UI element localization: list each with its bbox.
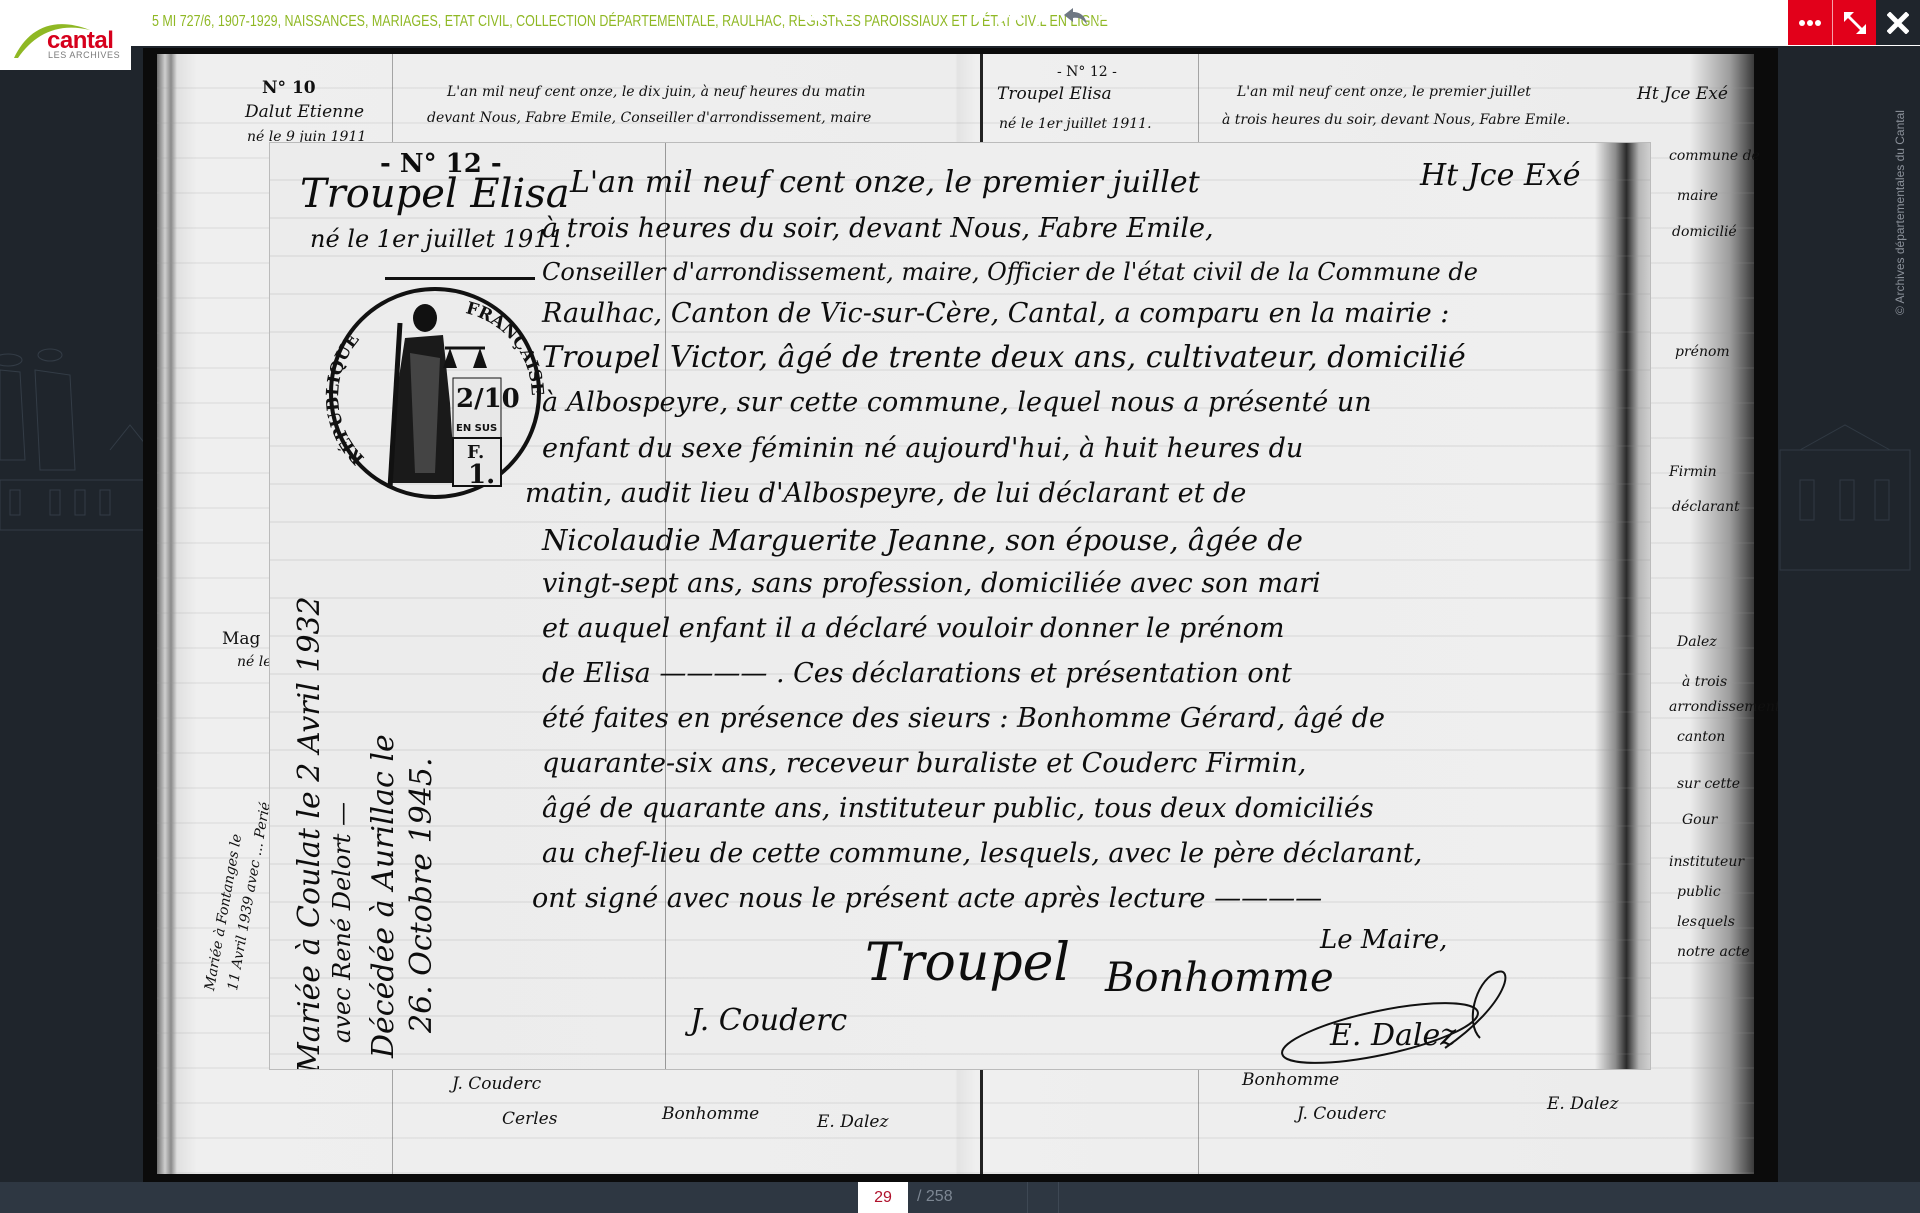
next-page-button[interactable] — [970, 0, 990, 31]
right-entry-text-line1: L'an mil neuf cent onze, le premier juil… — [1237, 84, 1531, 100]
header-bar: 5 MI 727/6, 1907-1929, NAISSANCES, MARIA… — [0, 0, 1920, 46]
mayor-flourish-icon — [1270, 963, 1530, 1069]
right-margin-word: Gour — [1682, 812, 1717, 828]
right-margin-word: prénom — [1675, 344, 1730, 360]
right-margin-word: public — [1677, 884, 1721, 900]
margin-note-marriage: Mariée à Coulat le 2 Avril 1932 — [292, 596, 327, 1069]
close-button[interactable] — [1876, 0, 1920, 45]
act-line-5: Troupel Victor, âgé de trente deux ans, … — [542, 340, 1466, 375]
toolbar-separator — [1027, 1182, 1028, 1213]
act-line-1: L'an mil neuf cent onze, le premier juil… — [570, 165, 1200, 200]
right-margin-word: Firmin — [1669, 464, 1717, 480]
right-margin-word: lesquels — [1677, 914, 1735, 930]
redo-arrow-icon — [1096, 6, 1120, 26]
signature-witness-2: J. Couderc — [690, 1003, 847, 1038]
current-page-input[interactable] — [858, 1182, 908, 1213]
bottom-signature-left: Bonhomme — [662, 1104, 759, 1124]
act-line-13: été faites en présence des sieurs : Bonh… — [542, 703, 1385, 734]
fullscreen-button[interactable] — [1832, 0, 1876, 45]
right-entry-born: né le 1er juillet 1911. — [999, 116, 1152, 132]
entry-birth-date: né le 1er juillet 1911. — [310, 225, 571, 253]
svg-text:EN SUS: EN SUS — [456, 423, 497, 434]
left-entry-text-line1: L'an mil neuf cent onze, le dix juin, à … — [447, 84, 865, 100]
left-entry-text-line2: devant Nous, Fabre Emile, Conseiller d'a… — [427, 110, 871, 126]
fiscal-stamp-icon: RÉPUBLIQUE FRANÇAISE 2/10 EN SUS F. 1. — [325, 283, 545, 503]
right-margin-word: arrondissement — [1669, 699, 1778, 715]
bottom-signature-left: E. Dalez — [817, 1112, 888, 1132]
svg-text:RÉPUBLIQUE: RÉPUBLIQUE — [325, 330, 369, 468]
svg-text:2/10: 2/10 — [456, 384, 520, 414]
bottom-signature-left: J. Couderc — [452, 1074, 541, 1094]
right-entry-number: - N° 12 - — [1057, 64, 1117, 80]
act-line-3: Conseiller d'arrondissement, maire, Offi… — [542, 258, 1478, 286]
act-line-8: matin, audit lieu d'Albospeyre, de lui d… — [525, 478, 1246, 509]
act-line-11: et auquel enfant il a déclaré vouloir do… — [542, 613, 1284, 644]
right-margin-word: sur cette — [1677, 776, 1740, 792]
bottom-signature-right: E. Dalez — [1547, 1094, 1618, 1114]
act-line-10: vingt-sept ans, sans profession, domicil… — [542, 568, 1321, 599]
svg-text:1.: 1. — [468, 460, 495, 490]
triangle-right-icon — [974, 7, 986, 25]
left-lower-entry-number: Mag — [222, 629, 260, 649]
act-line-17: ont signé avec nous le présent acte aprè… — [532, 883, 1322, 914]
bookmark-button[interactable] — [1033, 0, 1053, 31]
right-margin-word: notre acte — [1677, 944, 1750, 960]
right-margin-word: maire — [1677, 188, 1718, 204]
act-line-16: au chef-lieu de cette commune, lesquels,… — [542, 838, 1422, 869]
margin-note-death-date: 26. Octobre 1945. — [404, 758, 439, 1033]
copyright-notice: © Archives départementales du Cantal — [1893, 110, 1907, 315]
double-chevron-left-icon — [799, 7, 823, 25]
act-line-9: Nicolaudie Marguerite Jeanne, son épouse… — [542, 523, 1303, 557]
left-entry-number: N° 10 — [262, 78, 316, 98]
pagination-toolbar — [0, 1182, 1920, 1213]
total-pages: / 258 — [917, 1188, 953, 1206]
bookmark-icon — [1037, 6, 1049, 26]
undo-arrow-icon — [1064, 6, 1088, 26]
undo-button[interactable] — [1063, 0, 1089, 31]
ellipsis-icon — [1798, 19, 1822, 27]
background-illustration-right — [1770, 420, 1920, 580]
act-line-4: Raulhac, Canton de Vic-sur-Cère, Cantal,… — [542, 298, 1449, 329]
document-title: 5 MI 727/6, 1907-1929, NAISSANCES, MARIA… — [152, 13, 1108, 31]
last-page-button[interactable] — [996, 0, 1024, 31]
right-entry-text-line2: à trois heures du soir, devant Nous, Fab… — [1222, 112, 1570, 128]
triangle-left-icon — [835, 7, 847, 25]
corner-annotation: Ht Jce Exé — [1420, 158, 1580, 193]
act-line-15: âgé de quarante ans, instituteur public,… — [542, 793, 1374, 824]
first-page-button[interactable] — [797, 0, 825, 31]
logo-subtitle: LES ARCHIVES — [48, 50, 120, 60]
right-margin-word: domicilié — [1672, 224, 1737, 240]
background-illustration-left — [0, 330, 150, 550]
right-margin-word: canton — [1677, 729, 1725, 745]
cantal-archives-logo[interactable]: cantal LES ARCHIVES — [0, 0, 131, 70]
act-line-2: à trois heures du soir, devant Nous, Fab… — [542, 213, 1214, 244]
right-margin-word: commune de — [1669, 148, 1760, 164]
right-margin-word: Dalez — [1677, 634, 1717, 650]
close-x-icon — [1887, 12, 1909, 34]
margin-note-death: Décédée à Aurillac le — [366, 734, 401, 1058]
act-line-14: quarante-six ans, receveur buraliste et … — [542, 748, 1306, 779]
act-line-7: enfant du sexe féminin né aujourd'hui, à… — [542, 433, 1303, 464]
margin-note-spouse: avec René Delort — — [328, 802, 356, 1043]
entry-name: Troupel Elisa — [300, 171, 570, 217]
signature-father: Troupel — [865, 933, 1070, 993]
bottom-signature-right: J. Couderc — [1297, 1104, 1386, 1124]
previous-page-button[interactable] — [831, 0, 851, 31]
maire-label: Le Maire, — [1320, 925, 1447, 955]
expand-arrows-icon — [1842, 10, 1868, 36]
right-margin-word: instituteur — [1669, 854, 1744, 870]
entry-underline — [385, 277, 535, 280]
act-line-12: de Elisa ———— . Ces déclarations et prés… — [542, 658, 1292, 689]
magnifier-overlay[interactable]: - N° 12 - Troupel Elisa né le 1er juille… — [270, 143, 1650, 1069]
bottom-signature-left: Cerles — [502, 1109, 557, 1129]
right-entry-name: Troupel Elisa — [997, 84, 1112, 104]
toolbar-separator — [1058, 1182, 1059, 1213]
corner-annotation: Ht Jce Exé — [1637, 84, 1728, 104]
right-margin-word: déclarant — [1672, 499, 1740, 515]
left-entry-name: Dalut Etienne — [245, 102, 364, 122]
redo-button[interactable] — [1095, 0, 1121, 31]
left-lower-entry-born: né le — [237, 654, 272, 670]
bottom-signature-right: Bonhomme — [1242, 1070, 1339, 1090]
double-chevron-right-icon — [998, 7, 1022, 25]
act-line-6: à Albospeyre, sur cette commune, lequel … — [542, 387, 1372, 418]
right-margin-word: à trois — [1682, 674, 1727, 690]
more-options-button[interactable] — [1788, 0, 1832, 45]
